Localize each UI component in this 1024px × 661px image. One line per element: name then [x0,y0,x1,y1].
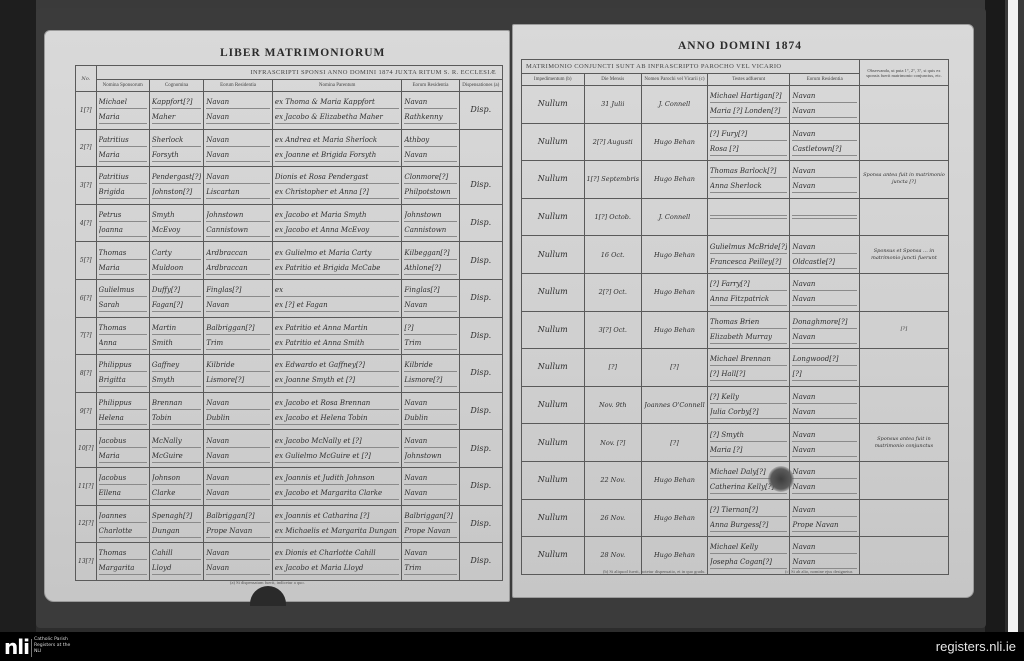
cell-die-mensis: 26 Nov. [584,499,642,537]
handwritten-entry: ex Jacobo McNally et [?] [275,435,399,448]
column-header-nomina-sponsorum: Nomina Sponsorum [96,80,149,92]
handwritten-entry: ex Michaelis et Margarita Dungan [275,525,399,538]
handwritten-entry: Smyth [152,209,201,222]
handwritten-entry: Nullum [524,98,582,110]
column-header-parentum-residentia: Eorum Residentia [402,80,459,92]
entry-number: 4[?] [76,204,97,242]
handwritten-entry: Hugo Behan [644,286,705,298]
cell-observanda: Sponsus antea fuit in matrimonio conjunc… [859,424,948,462]
handwritten-entry: Gaffney [152,359,201,372]
handwritten-entry: Nullum [524,286,582,298]
cell-parentum-residentia: JohnstownCannistown [402,204,459,242]
cell-observanda [859,349,948,387]
cell-die-mensis: Nov. 9th [584,386,642,424]
cell-parentum-residentia: NavanTrim [402,543,459,581]
handwritten-entry: Hugo Behan [644,136,705,148]
marriage-register-table-right: MATRIMONIO CONJUNCTI SUNT AB INFRASCRIPT… [521,59,949,575]
handwritten-entry: Nullum [524,512,582,524]
table-row: Nullum1[?] SeptembrisHugo BehanThomas Ba… [522,161,949,199]
handwritten-entry: Maria [99,149,147,162]
handwritten-entry: Navan [792,406,856,419]
handwritten-entry: Navan [792,504,856,517]
handwritten-entry: Navan [404,397,456,410]
banner-infrascripti: INFRASCRIPTI SPONSI ANNO DOMINI 1874 JUX… [96,66,502,80]
handwritten-entry: Lloyd [152,562,201,575]
handwritten-entry: Navan [792,331,856,344]
handwritten-entry: Kilbeggan[?] [404,247,456,260]
handwritten-entry: Navan [792,241,856,254]
cell-parentum: ex Jacobo et Rosa Brennanex Jacobo et He… [272,392,401,430]
cell-parentum: ex Andrea et Maria Sherlockex Joanne et … [272,129,401,167]
handwritten-entry: 26 Nov. [587,512,640,524]
site-url-link[interactable]: registers.nli.ie [936,639,1016,654]
column-header-die-mensis: Die Mensis [584,74,642,86]
cell-residentia: NavanNavan [204,430,273,468]
column-header-testes-residentia: Eorum Residentia [790,74,859,86]
cell-parochus: Hugo Behan [642,499,708,537]
cell-parentum: exex [?] et Fagan [272,279,401,317]
cell-dispensatio: Disp. [459,355,502,393]
handwritten-entry: ex Patritio et Anna Smith [275,337,399,350]
table-row: 6[?]GulielmusSarahDuffy[?]Fagan[?]Fingla… [76,279,503,317]
handwritten-entry: Navan [404,96,456,109]
table-row: 13[?]ThomasMargaritaCahillLloydNavanNava… [76,543,503,581]
handwritten-entry: Disp. [462,217,500,229]
handwritten-note: Sponsus antea fuit in matrimonio conjunc… [862,436,946,450]
handwritten-entry: ex [275,284,399,297]
cell-impedimentum: Nullum [522,198,585,236]
cell-testes-residentia: Longwood[?][?] [790,349,859,387]
handwritten-entry: 28 Nov. [587,549,640,561]
column-header-testes: Testes adfuerunt [707,74,790,86]
handwritten-entry: ex Jacobo et Maria Lloyd [275,562,399,575]
handwritten-entry: Brigitta [99,374,147,387]
handwritten-entry: [?] Kelly [710,391,788,404]
right-page: ANNO DOMINI 1874 MATRIMONIO CONJUNCTI SU… [512,24,974,598]
handwritten-entry: Maria [99,111,147,124]
scanner-edge-left [0,0,36,632]
handwritten-entry: Philippus [99,359,147,372]
handwritten-entry: McNally [152,435,201,448]
handwritten-entry: Athboy [404,134,456,147]
handwritten-entry: 1[?] Octob. [587,211,640,223]
cell-parochus: Hugo Behan [642,311,708,349]
cell-parentum: ex Patritio et Anna Martinex Patritio et… [272,317,401,355]
handwritten-entry: Oldcastle[?] [792,256,856,269]
cell-testes: [?] Tiernan[?]Anna Burgess[?] [707,499,790,537]
cell-testes: Gulielmus McBride[?]Francesca Peilley[?] [707,236,790,274]
handwritten-entry: Anna Sherlock [710,180,788,193]
handwritten-entry: Jacobus [99,472,147,485]
handwritten-entry: Disp. [462,104,500,116]
cell-impedimentum: Nullum [522,349,585,387]
handwritten-entry: Navan [792,541,856,554]
handwritten-entry: Navan [792,90,856,103]
cell-testes: Michael KellyJosepha Cogan[?] [707,537,790,575]
cell-nomina-sponsorum: ThomasAnna [96,317,149,355]
handwritten-entry: ex Joanne et Brigida Forsyth [275,149,399,162]
cell-die-mensis: Nov. [?] [584,424,642,462]
handwritten-entry: Navan [792,466,856,479]
cell-parochus: Hugo Behan [642,161,708,199]
handwritten-entry: Navan [792,180,856,193]
cell-dispensatio: Disp. [459,92,502,130]
cell-testes: [?] Farry[?]Anna Fitzpatrick [707,273,790,311]
handwritten-entry: McEvoy [152,224,201,237]
handwritten-entry: J. Connell [644,98,705,110]
entry-number: 2[?] [76,129,97,167]
handwritten-entry: ex Andrea et Maria Sherlock [275,134,399,147]
handwritten-entry: Nullum [524,249,582,261]
handwritten-entry: Gulielmus McBride[?] [710,241,788,254]
handwritten-entry: Trim [404,562,456,575]
handwritten-entry: ex Jacobo et Margarita Clarke [275,487,399,500]
cell-cognomina: Kappfort[?]Maher [149,92,203,130]
handwritten-entry: Navan [206,134,270,147]
handwritten-note: [?] [862,326,946,333]
handwritten-entry: Maher [152,111,201,124]
handwritten-entry: 3[?] Oct. [587,324,640,336]
column-header-cognomina: Cognomina [149,80,203,92]
cell-residentia: NavanNavan [204,467,273,505]
handwritten-entry: Dionis et Rosa Pendergast [275,171,399,184]
handwritten-entry: Martin [152,322,201,335]
column-header-nomina-parentum: Nomina Parentum [272,80,401,92]
handwritten-entry: Navan [206,435,270,448]
handwritten-entry: Johnston[?] [152,186,201,199]
handwritten-note: Sponsa antea fuit in matrimonio juncta [… [862,172,946,186]
cell-parochus: [?] [642,349,708,387]
cell-impedimentum: Nullum [522,537,585,575]
cell-parentum-residentia: Balbriggan[?]Prope Navan [402,505,459,543]
handwritten-entry: Prope Navan [206,525,270,538]
handwritten-entry: Thomas [99,547,147,560]
handwritten-entry: Navan [792,444,856,457]
table-row: Nullum3[?] Oct.Hugo BehanThomas BrienEli… [522,311,949,349]
handwritten-entry: Hugo Behan [644,173,705,185]
handwritten-entry: Longwood[?] [792,353,856,366]
handwritten-entry: ex Gulielmo et Maria Carty [275,247,399,260]
handwritten-entry: Forsyth [152,149,201,162]
handwritten-entry: ex Dionis et Charlotte Cahill [275,547,399,560]
cell-testes: [?] SmythMaria [?] [707,424,790,462]
handwritten-entry: Gulielmus [99,284,147,297]
handwritten-entry: ex Joanne Smyth et [?] [275,374,399,387]
cell-cognomina: GaffneySmyth [149,355,203,393]
cell-cognomina: CahillLloyd [149,543,203,581]
handwritten-entry: Disp. [462,292,500,304]
handwritten-entry: Kilbride [206,359,270,372]
ink-stain [768,466,794,492]
cell-testes: [?] Fury[?]Rosa [?] [707,123,790,161]
handwritten-entry: Philpotstown [404,186,456,199]
handwritten-entry: Clarke [152,487,201,500]
handwritten-entry: Disp. [462,367,500,379]
cell-dispensatio: Disp. [459,204,502,242]
handwritten-entry: Sherlock [152,134,201,147]
handwritten-entry: Tobin [152,412,201,425]
column-header-dispensationes: Dispensationes (a) [459,80,502,92]
cell-die-mensis: 2[?] Oct. [584,273,642,311]
cell-parochus: Hugo Behan [642,461,708,499]
left-page: LIBER MATRIMONIORUM No. INFRASCRIPTI SPO… [44,30,510,602]
left-register-rows: 1[?]MichaelMariaKappfort[?]MaherNavanNav… [76,92,503,581]
logo-divider [31,639,32,657]
scanner-edge-right [985,0,1005,632]
cell-testes-residentia: NavanCastletown[?] [790,123,859,161]
handwritten-entry: ex Jacobo et Maria Smyth [275,209,399,222]
handwritten-entry: Michael [99,96,147,109]
entry-number: 9[?] [76,392,97,430]
cell-testes-residentia: NavanNavan [790,273,859,311]
cell-nomina-sponsorum: ThomasMargarita [96,543,149,581]
handwritten-entry: ex Jacobo et Anna McEvoy [275,224,399,237]
handwritten-entry: 2[?] Augusti [587,136,640,148]
handwritten-entry: Maria [?] Londen[?] [710,105,788,118]
handwritten-entry: Lismore[?] [404,374,456,387]
handwritten-entry: Muldoon [152,262,201,275]
cell-nomina-sponsorum: GulielmusSarah [96,279,149,317]
cell-parentum: ex Edwardo et Gaffney[?]ex Joanne Smyth … [272,355,401,393]
cell-observanda [859,86,948,124]
handwritten-entry: Anna Burgess[?] [710,519,788,532]
handwritten-entry: Disp. [462,518,500,530]
handwritten-entry: Elizabeth Murray [710,331,788,344]
cell-residentia: KilbrideLismore[?] [204,355,273,393]
cell-parentum: ex Thoma & Maria Kappfortex Jacobo & Eli… [272,92,401,130]
handwritten-entry: Trim [206,337,270,350]
cell-nomina-sponsorum: MichaelMaria [96,92,149,130]
cell-dispensatio: Disp. [459,392,502,430]
handwritten-entry: 2[?] Oct. [587,286,640,298]
column-header-impedimentum: Impedimentum (b) [522,74,585,86]
handwritten-entry: Philippus [99,397,147,410]
cell-residentia: JohnstownCannistown [204,204,273,242]
handwritten-entry: Balbriggan[?] [206,510,270,523]
handwritten-entry: Navan [792,429,856,442]
cell-die-mensis: 1[?] Septembris [584,161,642,199]
handwritten-entry: Hugo Behan [644,549,705,561]
cell-nomina-sponsorum: JacobusEllena [96,467,149,505]
handwritten-entry: Ardbraccan [206,247,270,260]
handwritten-entry: Nullum [524,437,582,449]
handwritten-entry: Navan [206,111,270,124]
cell-impedimentum: Nullum [522,424,585,462]
cell-impedimentum: Nullum [522,273,585,311]
cell-cognomina: Pendergast[?]Johnston[?] [149,167,203,205]
entry-number: 8[?] [76,355,97,393]
cell-die-mensis: 1[?] Octob. [584,198,642,236]
handwritten-entry: Johnstown [404,450,456,463]
handwritten-entry: Hugo Behan [644,474,705,486]
handwritten-entry: Johnstown [404,209,456,222]
cell-testes-residentia: Donaghmore[?]Navan [790,311,859,349]
handwritten-entry: Navan [792,128,856,141]
handwritten-entry: Prope Navan [792,519,856,532]
entry-number: 10[?] [76,430,97,468]
handwritten-entry: Brennan [152,397,201,410]
handwritten-entry: J. Connell [644,211,705,223]
entry-number: 12[?] [76,505,97,543]
handwritten-entry: Cahill [152,547,201,560]
handwritten-entry: Petrus [99,209,147,222]
cell-testes: [?] KellyJulia Corby[?] [707,386,790,424]
cell-parochus: Hugo Behan [642,273,708,311]
handwritten-entry: Hugo Behan [644,324,705,336]
handwritten-entry: [?] Tiernan[?] [710,504,788,517]
handwritten-entry: Balbriggan[?] [404,510,456,523]
cell-cognomina: Duffy[?]Fagan[?] [149,279,203,317]
entry-number: 13[?] [76,543,97,581]
cell-testes-residentia [790,198,859,236]
handwritten-entry: Disp. [462,330,500,342]
cell-testes: Thomas Barlock[?]Anna Sherlock [707,161,790,199]
cell-die-mensis: 16 Oct. [584,236,642,274]
table-row: 2[?]PatritiusMariaSherlockForsythNavanNa… [76,129,503,167]
cell-dispensatio: Disp. [459,467,502,505]
handwritten-entry: Finglas[?] [206,284,270,297]
cell-impedimentum: Nullum [522,161,585,199]
cell-observanda [859,537,948,575]
handwritten-entry: Nullum [524,324,582,336]
table-row: Nullum2[?] AugustiHugo Behan[?] Fury[?]R… [522,123,949,161]
handwritten-entry: ex Edwardo et Gaffney[?] [275,359,399,372]
footer-bar: nli Catholic Parish Registers at the NLI… [0,632,1024,661]
cell-nomina-sponsorum: ThomasMaria [96,242,149,280]
cell-parentum-residentia: Finglas[?]Navan [402,279,459,317]
cell-testes: Thomas BrienElizabeth Murray [707,311,790,349]
table-row: 4[?]PetrusJoannaSmythMcEvoyJohnstownCann… [76,204,503,242]
handwritten-entry: Brigida [99,186,147,199]
calibration-strip [1008,0,1018,632]
handwritten-entry: Finglas[?] [404,284,456,297]
handwritten-entry: 16 Oct. [587,249,640,261]
handwritten-entry: ex Jacobo et Helena Tobin [275,412,399,425]
handwritten-entry: Navan [206,171,270,184]
nli-logo[interactable]: nli [4,637,29,657]
handwritten-entry: [?] Hall[?] [710,368,788,381]
handwritten-entry: Disp. [462,480,500,492]
handwritten-entry: Maria [?] [710,444,788,457]
cell-nomina-sponsorum: JacobusMaria [96,430,149,468]
handwritten-entry: Prope Navan [404,525,456,538]
column-header-no: No. [76,66,97,92]
nli-caption: Catholic Parish Registers at the NLI [34,637,78,655]
handwritten-entry: Navan [206,487,270,500]
cell-parentum: Dionis et Rosa Pendergastex Christopher … [272,167,401,205]
cell-parochus: Joannes O'Connell [642,386,708,424]
cell-residentia: NavanDublin [204,392,273,430]
handwritten-entry: ex Thoma & Maria Kappfort [275,96,399,109]
handwritten-entry: Navan [792,391,856,404]
handwritten-entry: Nullum [524,136,582,148]
handwritten-entry: Thomas [99,322,147,335]
handwritten-entry [710,218,788,219]
handwritten-entry: [?] [644,437,705,449]
cell-parentum-residentia: Kilbeggan[?]Athlone[?] [402,242,459,280]
handwritten-entry: Nullum [524,361,582,373]
cell-parochus: J. Connell [642,86,708,124]
cell-impedimentum: Nullum [522,123,585,161]
handwritten-entry: Duffy[?] [152,284,201,297]
cell-parentum-residentia: NavanNavan [402,467,459,505]
handwritten-entry: Michael Kelly [710,541,788,554]
handwritten-entry: Anna [99,337,147,350]
handwritten-entry: Smith [152,337,201,350]
table-row: 7[?]ThomasAnnaMartinSmithBalbriggan[?]Tr… [76,317,503,355]
table-row: 10[?]JacobusMariaMcNallyMcGuireNavanNava… [76,430,503,468]
cell-observanda: Sponsus et Sponsa ... in matrimonio junc… [859,236,948,274]
cell-cognomina: Spenagh[?]Dungan [149,505,203,543]
handwritten-entry: Thomas [99,247,147,260]
cell-dispensatio: Disp. [459,279,502,317]
handwritten-entry: 31 Julii [587,98,640,110]
cell-parochus: J. Connell [642,198,708,236]
cell-impedimentum: Nullum [522,461,585,499]
handwritten-entry: Navan [792,278,856,291]
cell-testes-residentia: NavanPrope Navan [790,499,859,537]
cell-parentum-residentia: NavanJohnstown [402,430,459,468]
cell-residentia: NavanNavan [204,543,273,581]
entry-number: 6[?] [76,279,97,317]
cell-observanda [859,198,948,236]
cell-cognomina: McNallyMcGuire [149,430,203,468]
handwritten-entry: Navan [206,96,270,109]
cell-parentum: ex Joannis et Catharina [?]ex Michaelis … [272,505,401,543]
cell-die-mensis: [?] [584,349,642,387]
handwritten-entry: [?] Smyth [710,429,788,442]
handwritten-entry: Joannes O'Connell [644,399,705,411]
handwritten-entry: Disp. [462,555,500,567]
column-header-observanda: Observanda, ut puta 1°, 2°, 3°, si quis … [859,60,948,86]
handwritten-entry: Navan [404,435,456,448]
handwritten-entry: Patritius [99,134,147,147]
handwritten-entry: Nullum [524,474,582,486]
table-row: NullumNov. [?][?][?] SmythMaria [?]Navan… [522,424,949,462]
cell-cognomina: JohnsonClarke [149,467,203,505]
cell-parochus: Hugo Behan [642,236,708,274]
cell-observanda [859,273,948,311]
table-row: 5[?]ThomasMariaCartyMuldoonArdbraccanArd… [76,242,503,280]
entry-number: 1[?] [76,92,97,130]
cell-parentum-residentia: NavanDublin [402,392,459,430]
handwritten-entry: Donaghmore[?] [792,316,856,329]
table-row: 3[?]PatritiusBrigidaPendergast[?]Johnsto… [76,167,503,205]
handwritten-entry: McGuire [152,450,201,463]
handwritten-entry: Lismore[?] [206,374,270,387]
image-viewer[interactable]: LIBER MATRIMONIORUM No. INFRASCRIPTI SPO… [0,0,1024,632]
entry-number: 3[?] [76,167,97,205]
handwritten-entry: Navan [792,105,856,118]
table-row: Nullum16 Oct.Hugo BehanGulielmus McBride… [522,236,949,274]
handwritten-entry: Trim [404,337,456,350]
cell-testes-residentia: NavanNavan [790,161,859,199]
handwritten-entry [792,215,856,216]
cell-parentum: ex Jacobo et Maria Smythex Jacobo et Ann… [272,204,401,242]
table-row: 12[?]JoannesCharlotteSpenagh[?]DunganBal… [76,505,503,543]
handwritten-entry: Castletown[?] [792,143,856,156]
cell-cognomina: SmythMcEvoy [149,204,203,242]
handwritten-entry: Ardbraccan [206,262,270,275]
cell-cognomina: SherlockForsyth [149,129,203,167]
cell-impedimentum: Nullum [522,311,585,349]
column-header-nomen-parochi: Nomen Parochi vel Vicarii (c) [642,74,708,86]
cell-testes: Michael Hartigan[?]Maria [?] Londen[?] [707,86,790,124]
cell-parentum-residentia: Clonmore[?]Philpotstown [402,167,459,205]
handwritten-entry: Disp. [462,255,500,267]
handwritten-entry: Nov. 9th [587,399,640,411]
handwritten-entry: 22 Nov. [587,474,640,486]
